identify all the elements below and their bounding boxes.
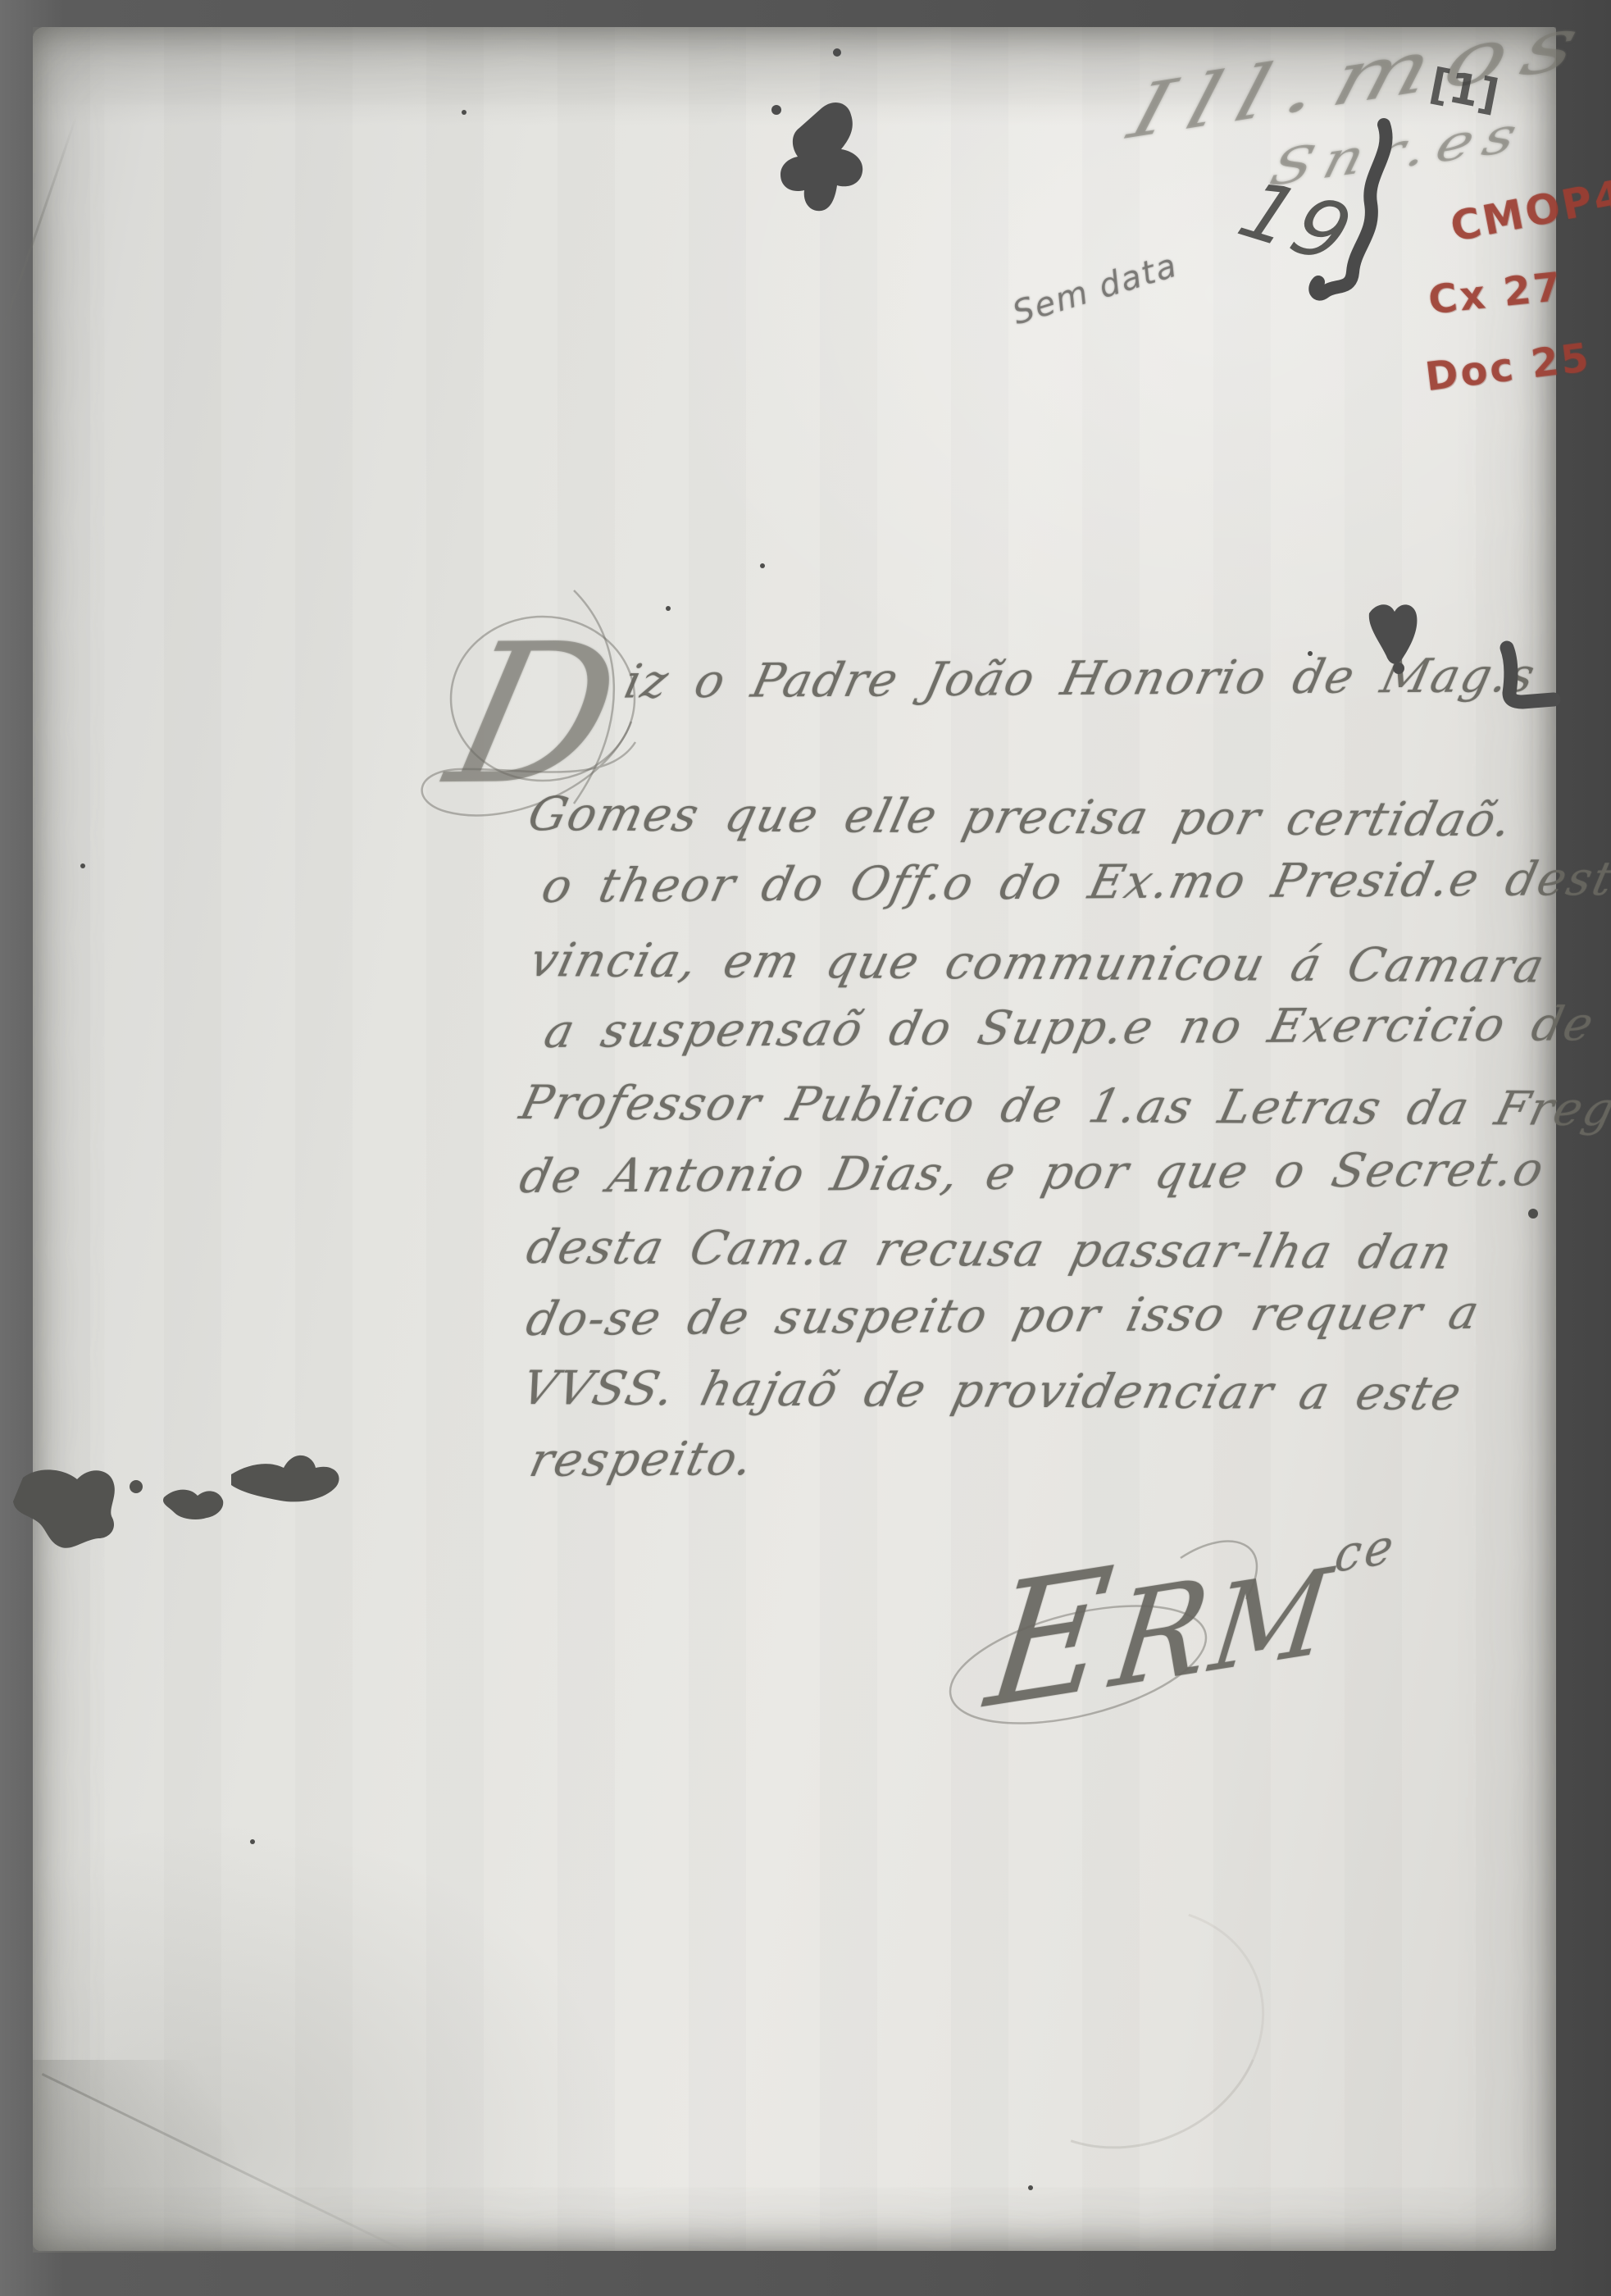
manuscript-line: a suspensaõ do Supp.e no Exercicio de (539, 997, 1600, 1059)
closing-superscript: ce (1332, 1517, 1400, 1584)
manuscript-line: Diz o Padre João Honorio de Mag.s (459, 649, 1386, 736)
manuscript-line: de Antonio Dias, e por que o Secret.o (515, 1142, 1550, 1204)
manuscript-line: o theor do Off.o do Ex.mo Presid.e desta… (537, 851, 1611, 913)
closing-letter: M (1204, 1543, 1336, 1700)
manuscript-line: respeito. (525, 1432, 759, 1487)
scanned-document-view: Ill.mos Snr.es [1] 19 Sem data CMOP4 Cx … (0, 0, 1611, 2296)
manuscript-line: Professor Publico de 1.as Letras da Freg… (515, 1076, 1611, 1137)
manuscript-line: Gomes que elle precisa por certidaõ. (523, 787, 1518, 847)
manuscript-line: do-se de suspeito por isso requer a (521, 1286, 1486, 1346)
document-page (33, 27, 1556, 2251)
manuscript-line: desta Cam.a recusa passar-lha dan (521, 1220, 1459, 1280)
manuscript-line: vincia, em que communicou á Camara (525, 933, 1550, 994)
closing-letter: R (1104, 1550, 1217, 1718)
manuscript-line: VVSS. hajaõ de providenciar a este (517, 1361, 1468, 1421)
